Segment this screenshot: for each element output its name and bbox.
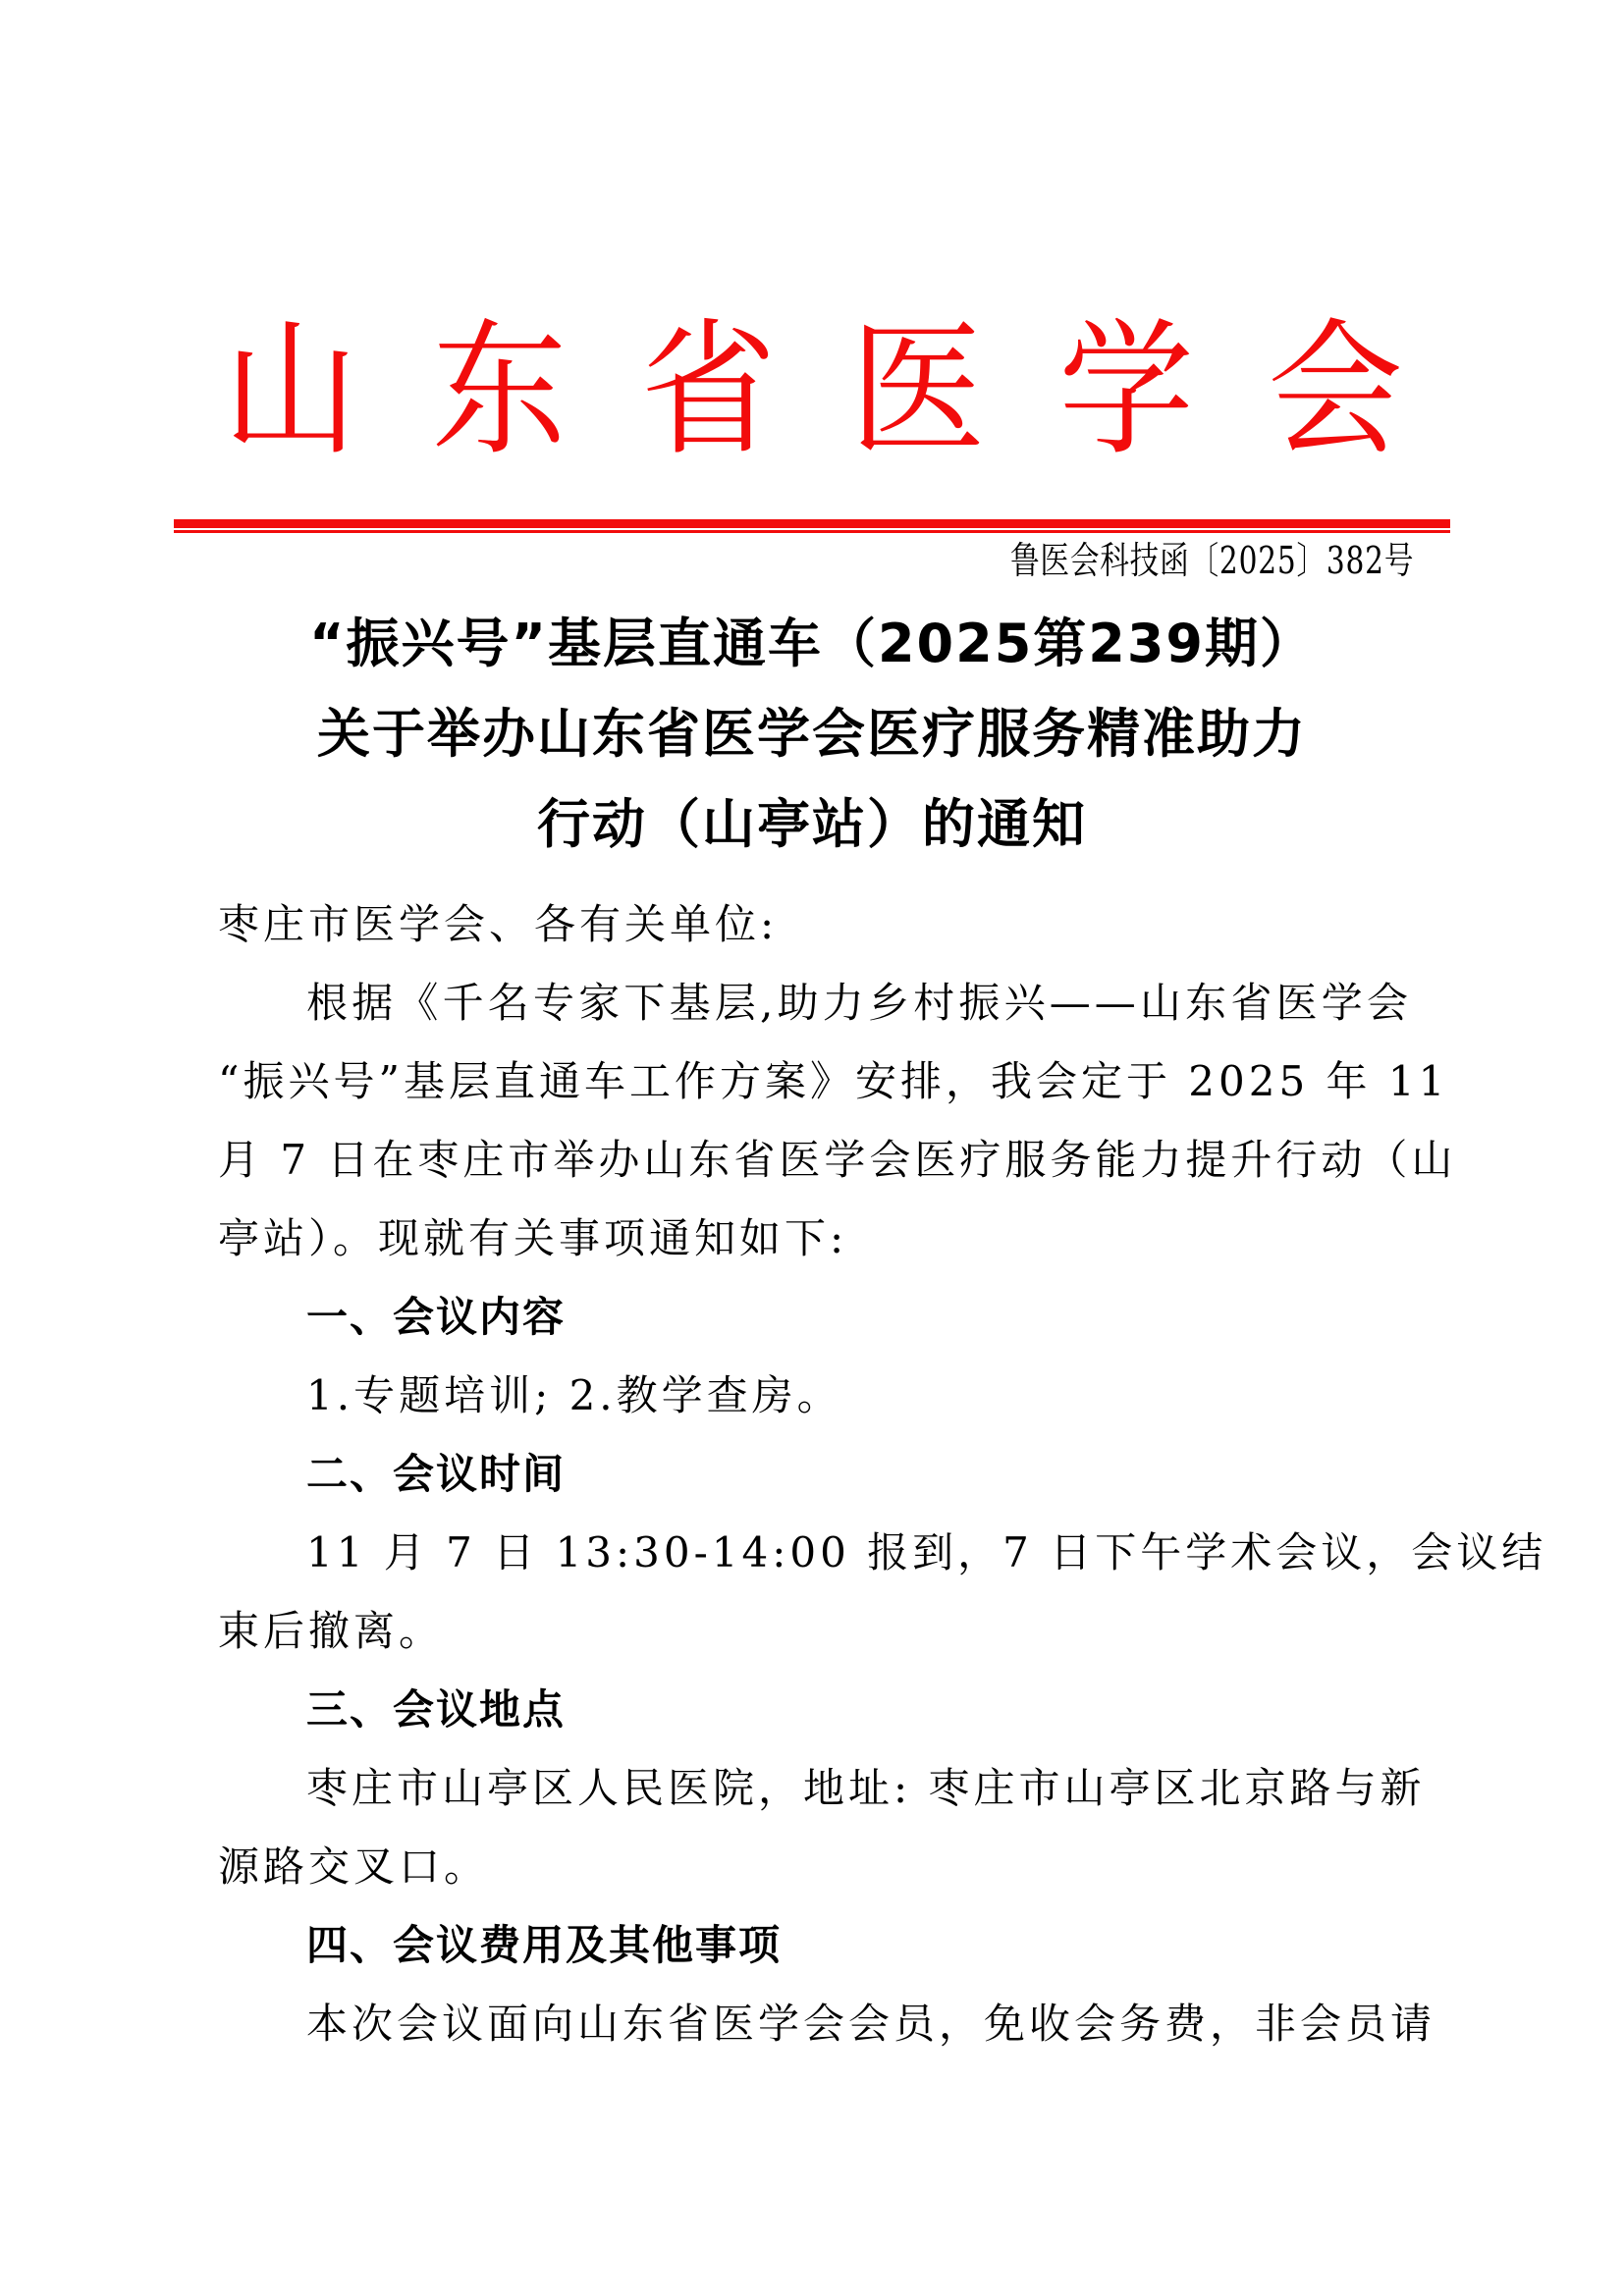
masthead-char: 医 <box>849 306 985 476</box>
title-line-2: 关于举办山东省医学会医疗服务精准助力 <box>174 689 1450 779</box>
section-heading-time: 二、会议时间 <box>218 1435 1412 1514</box>
section-heading-fees: 四、会议费用及其他事项 <box>218 1906 1412 1985</box>
masthead-char: 山 <box>223 306 358 476</box>
red-rule-thin <box>174 530 1450 533</box>
masthead-char: 会 <box>1268 306 1403 476</box>
title-line-3: 行动（山亭站）的通知 <box>174 779 1450 870</box>
section-heading-content: 一、会议内容 <box>218 1278 1412 1357</box>
section-content-line: 1.专题培训; 2.教学查房。 <box>218 1357 1412 1435</box>
intro-line-1: 根据《千名专家下基层,助力乡村振兴——山东省医学会 <box>218 964 1412 1042</box>
document-body: 枣庄市医学会、各有关单位: 根据《千名专家下基层,助力乡村振兴——山东省医学会 … <box>218 885 1412 2063</box>
intro-line-4: 亭站）。现就有关事项通知如下: <box>218 1200 1412 1278</box>
document-title: “振兴号”基层直通车（2025第239期） 关于举办山东省医学会医疗服务精准助力… <box>174 599 1450 870</box>
intro-line-2: “振兴号”基层直通车工作方案》安排，我会定于 2025 年 11 <box>218 1042 1412 1121</box>
document-number: 鲁医会科技函〔2025〕382号 <box>1010 536 1414 585</box>
section-heading-location: 三、会议地点 <box>218 1671 1412 1749</box>
masthead-char: 省 <box>641 306 777 476</box>
intro-line-3: 月 7 日在枣庄市举办山东省医学会医疗服务能力提升行动（山 <box>218 1121 1412 1200</box>
section-time-line-2: 束后撤离。 <box>218 1592 1412 1671</box>
section-location-line-1: 枣庄市山亭区人民医院，地址: 枣庄市山亭区北京路与新 <box>218 1749 1412 1828</box>
red-rule-thick <box>174 519 1450 528</box>
masthead-char: 东 <box>432 306 568 476</box>
document-page: 山 东 省 医 学 会 鲁医会科技函〔2025〕382号 “振兴号”基层直通车（… <box>0 0 1624 2296</box>
masthead-char: 学 <box>1058 306 1194 476</box>
salutation: 枣庄市医学会、各有关单位: <box>218 885 1412 964</box>
masthead-organization-name: 山 东 省 医 学 会 <box>174 312 1450 469</box>
section-location-line-2: 源路交叉口。 <box>218 1828 1412 1906</box>
section-time-line-1: 11 月 7 日 13:30-14:00 报到，7 日下午学术会议，会议结 <box>218 1514 1412 1592</box>
section-fees-line-1: 本次会议面向山东省医学会会员，免收会务费，非会员请 <box>218 1985 1412 2063</box>
title-line-1: “振兴号”基层直通车（2025第239期） <box>174 599 1450 689</box>
